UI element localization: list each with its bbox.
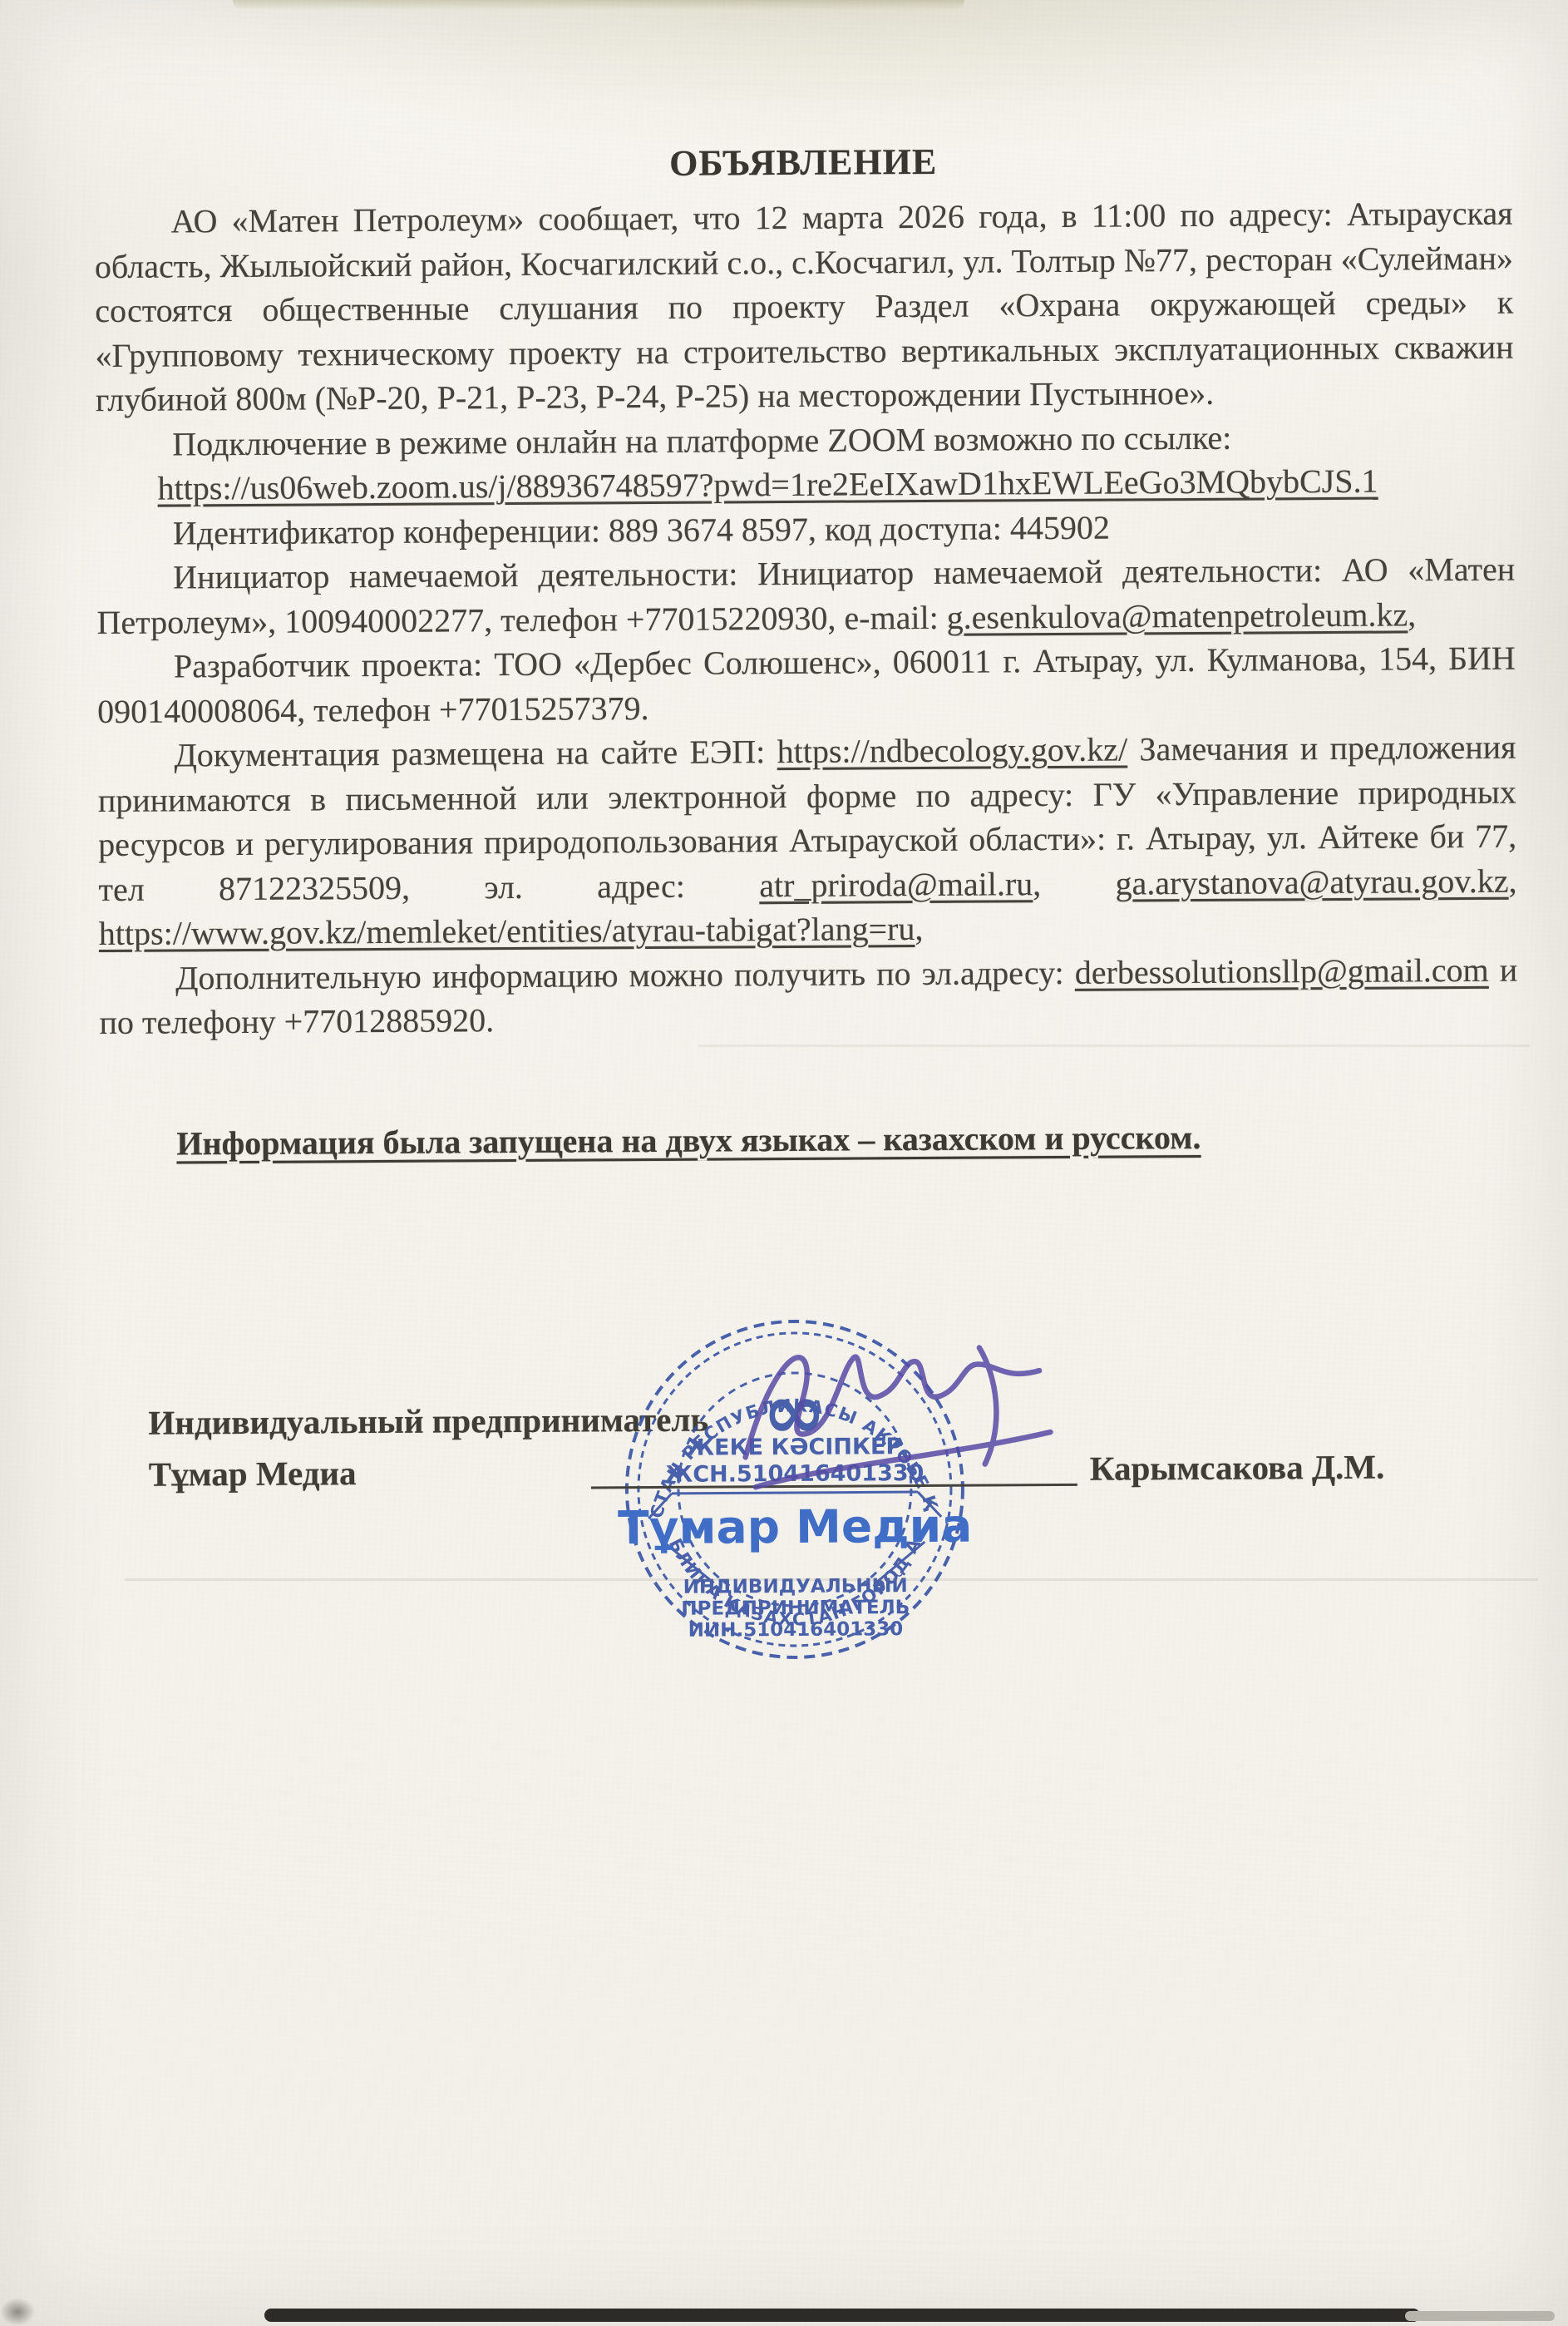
bilingual-note-text: Информация была запущена на двух языках … xyxy=(176,1118,1201,1162)
text-segment: , xyxy=(915,910,923,947)
inline-link[interactable]: https://us06web.zoom.us/j/88936748597?pw… xyxy=(157,462,1378,507)
scan-corner-smudge xyxy=(0,2298,35,2326)
text-segment: Идентификатор конференции: 889 3674 8597… xyxy=(173,508,1110,551)
inline-link[interactable]: derbessolutionsllp@gmail.com xyxy=(1075,951,1489,990)
documentation-paragraph: Документация размещена на сайте ЕЭП: htt… xyxy=(97,725,1517,956)
stamp-entity-type-ru-1: ИНДИВИДУАЛЬНЫЙ xyxy=(683,1573,908,1598)
inline-link[interactable]: https://www.gov.kz/memleket/entities/aty… xyxy=(99,910,915,952)
document-content: ОБЪЯВЛЕНИЕ АО «Матен Петролеум» сообщает… xyxy=(0,0,1568,2326)
announcement-paragraph: АО «Матен Петролеум» сообщает, что 12 ма… xyxy=(94,191,1514,422)
text-segment: Дополнительную информацию можно получить… xyxy=(175,953,1075,996)
scanned-document-page: ОБЪЯВЛЕНИЕ АО «Матен Петролеум» сообщает… xyxy=(0,0,1568,2326)
signature-stroke xyxy=(756,1432,1051,1487)
inline-link[interactable]: ga.arystanova@atyrau.gov.kz xyxy=(1115,862,1508,901)
inline-link[interactable]: atr_priroda@mail.ru xyxy=(759,865,1033,904)
inline-link[interactable]: https://ndbecology.gov.kz/ xyxy=(777,730,1128,770)
scan-streak xyxy=(698,1044,1530,1047)
initiator-paragraph: Инициатор намечаемой деятельности: Иници… xyxy=(96,547,1516,644)
bilingual-note: Информация была запущена на двух языках … xyxy=(100,1113,1518,1166)
zoom-link-line: https://us06web.zoom.us/j/88936748597?pw… xyxy=(96,458,1514,511)
signer-role-line2: Тұмар Медиа xyxy=(149,1453,357,1494)
text-segment: , xyxy=(1033,864,1116,902)
scan-streak xyxy=(125,1578,1538,1581)
signer-name: Карымсакова Д.М. xyxy=(1090,1447,1385,1489)
text-column: ОБЪЯВЛЕНИЕ АО «Матен Петролеум» сообщает… xyxy=(94,137,1518,1167)
text-segment: , xyxy=(1408,595,1416,633)
developer-paragraph: Разработчик проекта: ТОО «Дербес Солюшен… xyxy=(97,636,1516,733)
stamp-iin-number: ИИН.510416401330 xyxy=(688,1618,904,1642)
handwritten-signature xyxy=(730,1322,1063,1515)
text-segment: Разработчик проекта: ТОО «Дербес Солюшен… xyxy=(97,640,1516,730)
scan-shadow-bottom-light xyxy=(1405,2311,1555,2321)
text-segment: АО «Матен Петролеум» сообщает, что 12 ма… xyxy=(95,195,1514,418)
page-title: ОБЪЯВЛЕНИЕ xyxy=(94,137,1512,188)
inline-link[interactable]: g.esenkulova@matenpetroleum.kz xyxy=(947,595,1408,635)
text-segment: Подключение в режиме онлайн на платформе… xyxy=(172,418,1231,462)
text-segment: , xyxy=(1508,862,1516,899)
additional-info-paragraph: Дополнительную информацию можно получить… xyxy=(99,947,1518,1044)
stamp-entity-type-ru-2: ПРЕДПРИНИМАТЕЛЬ xyxy=(681,1597,910,1620)
text-segment: Документация размещена на сайте ЕЭП: xyxy=(174,733,777,773)
scan-shadow-bottom xyxy=(264,2309,1420,2322)
